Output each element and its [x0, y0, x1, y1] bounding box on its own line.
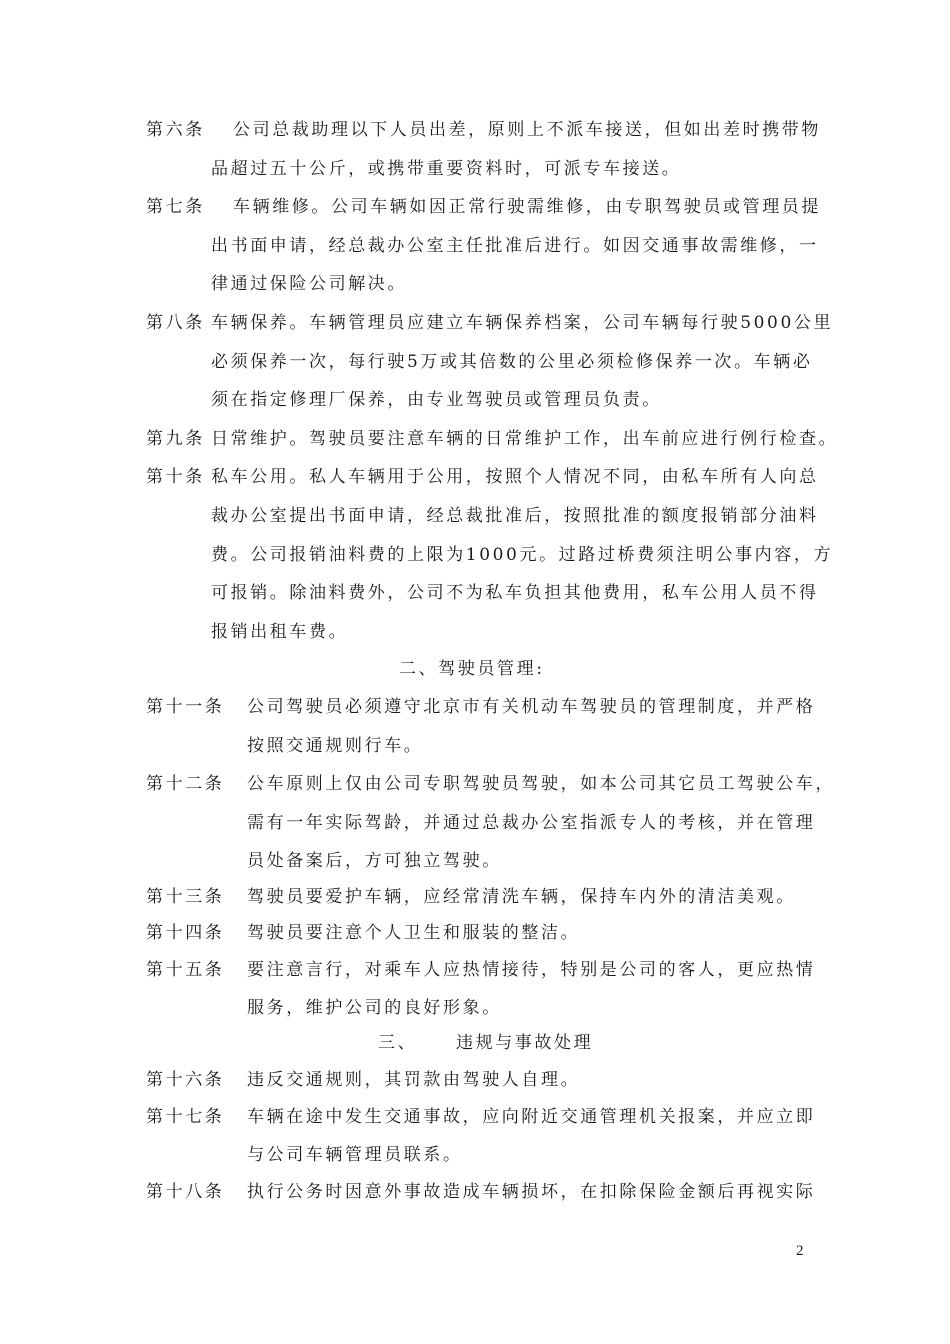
- article-10-line: 裁办公室提出书面申请，经总裁批准后，按照批准的额度报销部分油料: [211, 506, 819, 526]
- section-number: 三、: [378, 1033, 417, 1053]
- article-7-line: 出书面申请，经总裁办公室主任批准后进行。如因交通事故需维修，一: [211, 236, 819, 256]
- article-17-label: 第十七条: [146, 1107, 224, 1127]
- section-heading-violations-accidents: 违规与事故处理: [456, 1033, 593, 1053]
- article-8-line: 必须保养一次，每行驶5万或其倍数的公里必须检修保养一次。车辆必: [211, 352, 812, 372]
- article-18-label: 第十八条: [146, 1182, 224, 1202]
- article-8-label: 第八条: [146, 313, 205, 333]
- article-15-label: 第十五条: [146, 960, 224, 980]
- section-heading-driver-management: 二、驾驶员管理:: [399, 659, 545, 679]
- article-13-label: 第十三条: [146, 887, 224, 907]
- article-15-line: 要注意言行，对乘车人应热情接待，特别是公司的客人，更应热情: [247, 960, 815, 980]
- article-17-line: 与公司车辆管理员联系。: [247, 1145, 463, 1165]
- article-9-label: 第九条: [146, 429, 205, 449]
- article-10-line: 私车公用。私人车辆用于公用，按照个人情况不同，由私车所有人向总: [211, 467, 819, 487]
- article-11-line: 按照交通规则行车。: [247, 736, 423, 756]
- article-18-line: 执行公务时因意外事故造成车辆损坏，在扣除保险金额后再视实际: [247, 1182, 815, 1202]
- article-7-label: 第七条: [146, 197, 205, 217]
- article-12-line: 需有一年实际驾龄，并通过总裁办公室指派专人的考核，并在管理: [247, 813, 815, 833]
- page-number: 2: [796, 1243, 804, 1260]
- article-11-label: 第十一条: [146, 697, 224, 717]
- article-11-line: 公司驾驶员必须遵守北京市有关机动车驾驶员的管理制度，并严格: [247, 697, 815, 717]
- document-page: 第六条 公司总裁助理以下人员出差，原则上不派车接送，但如出差时携带物 品超过五十…: [0, 0, 950, 1344]
- article-16-label: 第十六条: [146, 1070, 224, 1090]
- article-10-line: 费。公司报销油料费的上限为1000元。过路过桥费须注明公事内容，方: [211, 545, 833, 565]
- article-8-line: 须在指定修理厂保养，由专业驾驶员或管理员负责。: [211, 390, 662, 410]
- article-6-label: 第六条: [146, 120, 205, 140]
- article-9-line: 日常维护。驾驶员要注意车辆的日常维护工作，出车前应进行例行检查。: [211, 429, 838, 449]
- article-10-line: 报销出租车费。: [211, 622, 348, 642]
- article-15-line: 服务，维护公司的良好形象。: [247, 998, 502, 1018]
- article-6-line: 品超过五十公斤，或携带重要资料时，可派专车接送。: [211, 159, 681, 179]
- article-12-line: 员处备案后，方可独立驾驶。: [247, 851, 502, 871]
- article-7-line: 律通过保险公司解决。: [211, 274, 407, 294]
- article-12-label: 第十二条: [146, 774, 224, 794]
- article-10-label: 第十条: [146, 467, 205, 487]
- article-8-line: 车辆保养。车辆管理员应建立车辆保养档案，公司车辆每行驶5000公里: [211, 313, 833, 333]
- article-14-line: 驾驶员要注意个人卫生和服装的整洁。: [247, 923, 580, 943]
- article-12-line: 公车原则上仅由公司专职驾驶员驾驶，如本公司其它员工驾驶公车，: [247, 774, 835, 794]
- article-10-line: 可报销。除油料费外，公司不为私车负担其他费用，私车公用人员不得: [211, 583, 819, 603]
- article-7-line: 车辆维修。公司车辆如因正常行驶需维修，由专职驾驶员或管理员提: [233, 197, 821, 217]
- article-14-label: 第十四条: [146, 923, 224, 943]
- article-16-line: 违反交通规则，其罚款由驾驶人自理。: [247, 1070, 580, 1090]
- article-6-line: 公司总裁助理以下人员出差，原则上不派车接送，但如出差时携带物: [233, 120, 821, 140]
- article-17-line: 车辆在途中发生交通事故，应向附近交通管理机关报案，并应立即: [247, 1107, 815, 1127]
- article-13-line: 驾驶员要爱护车辆，应经常清洗车辆，保持车内外的清洁美观。: [247, 887, 796, 907]
